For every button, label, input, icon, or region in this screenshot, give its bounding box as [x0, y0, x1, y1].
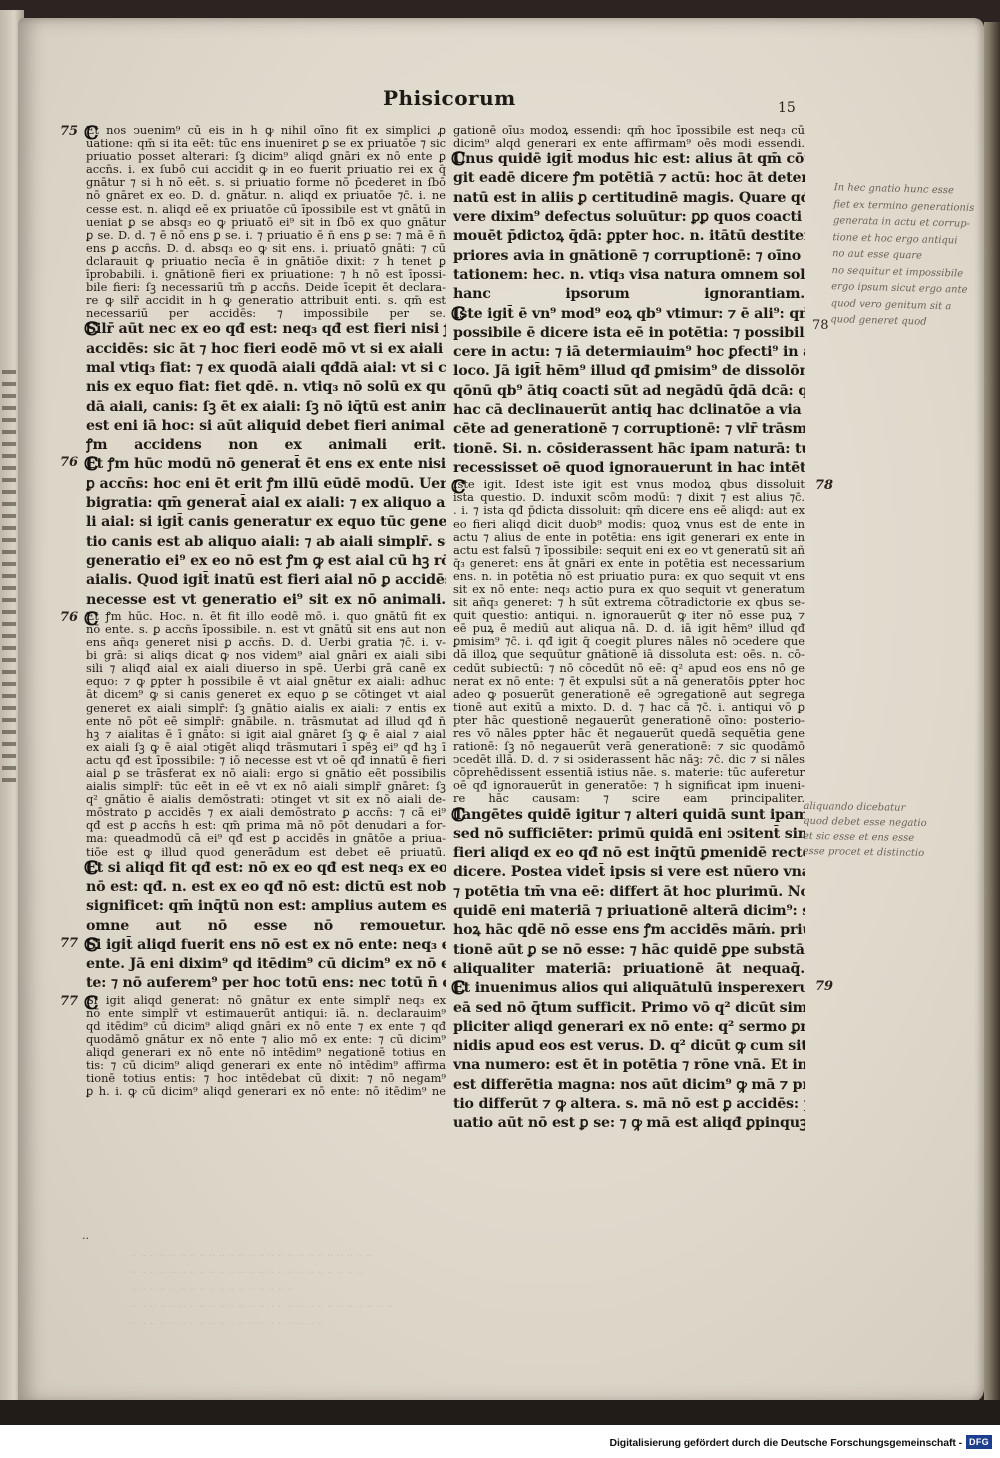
left-text-column: ℂ75Et nos ↄuenim⁹ cū eis in h̄ ꝙ nihil o…: [86, 124, 446, 1098]
text-line: ↄcedēt illā. D. d. ⁊ si ↄsiderassent hāc…: [453, 753, 805, 766]
handwritten-line: ‥ ‥ ‥ ‥ ‥ ‥ ‥ ‥ ‥ ‥ ‥ ‥ ‥ ‥ ‥ ‥ ‥ ‥ ‥ ‥ …: [130, 1245, 810, 1262]
text-line: re hāc causam: ⁊ scire eam principaliter…: [453, 792, 805, 805]
paragraph: ℂSilr̄ aūt nec ex eo qđ est: neq₃ qđ est…: [86, 320, 446, 455]
text-line: eā sed nō q̄tum sufficit. Primo vō q² di…: [453, 999, 805, 1018]
folio-number: 15: [778, 100, 796, 116]
text-line: recessisset oē quod ignorauerunt in hac …: [453, 459, 805, 478]
paragraph-mark-icon: ℂ: [451, 304, 465, 325]
marginal-number-handwritten: 78: [812, 318, 829, 333]
text-line: gationē oīu₃ modoꝝ essendi: qm̄ hoc īpos…: [453, 124, 805, 137]
text-line: Et ꝭm hūc. Hoc. n. ēt fit illo eodē mō. …: [86, 610, 446, 623]
text-line: aliqd generari ex nō ente nō intēdim⁹ ne…: [86, 1046, 446, 1059]
text-line: dicim⁹ alqd generari ex ente affirmam⁹ o…: [453, 137, 805, 150]
paragraph: ℂ76Et ꝭm hūc modū nō generat̄ ēt ens ex …: [86, 455, 446, 609]
text-line: Et inuenimus alios qui aliquātulū insper…: [453, 979, 805, 998]
text-line: tionē. Si. n. cōsiderassent hāc ipam nat…: [453, 440, 805, 459]
text-line: gnātur ⁊ si h̄ nō eēt. s. si priuatio fo…: [86, 176, 446, 189]
text-line: mouēt p̄dictoꝝ q̄dā: ꝑpter hoc. n. itātū…: [453, 227, 805, 246]
paragraph: ℂEt si aliqd fit qđ est: nō ex eo qđ est…: [86, 859, 446, 936]
text-line: ꝑmisim⁹ ⁊c̄. i. qđ igit̄ q̄ coegit plure…: [453, 635, 805, 648]
paragraph-mark-icon: ℂ: [451, 149, 465, 170]
text-line: pter hāc questionē negauerūt generationē…: [453, 714, 805, 727]
text-line: aliqualiter materiā: priuationē āt nequa…: [453, 960, 805, 979]
text-line: sed nō sufficiēter: primū quidā eni ↄsit…: [453, 825, 805, 844]
text-line: equo: ⁊ ꝙ ꝑpter h̄ possibile ē vt aial g…: [86, 675, 446, 688]
text-line: tiōe est ꝙ illud quod generādum est debe…: [86, 846, 446, 859]
marginal-section-number: 77: [60, 994, 78, 1009]
text-line: aialis. Quod igit̄ inatū est fieri aial …: [86, 571, 446, 590]
text-line: ente. Jā eni dixim⁹ qd itēdim⁹ cū dicim⁹…: [86, 955, 446, 974]
text-line: nō gnāret̄ ex eo. D. d. gnātur. n. aliqd…: [86, 189, 446, 202]
text-line: accidēs: sic āt ⁊ hoc fieri eodē mō vt s…: [86, 340, 446, 359]
text-line: Si igit̄ aliqd generat̄: nō gnātur ex en…: [86, 994, 446, 1007]
text-line: oē qđ ignorauerūt in generatōe: ⁊ h̄ sig…: [453, 779, 805, 792]
text-line: necessariū per accidēs: ⁊ impossibile pe…: [86, 307, 446, 320]
text-line: sit ex nō ente: neq₃ actio pura ex quo s…: [453, 583, 805, 596]
text-line: actu qđ est īpossibile: ⁊ iō necesse est…: [86, 754, 446, 767]
handwritten-line: ‥ ‥ ‥ ‥ ‥ ‥ ‥ ‥ ‥ ‥ ‥ ‥ ‥ ‥ ‥ ‥ ‥ ‥ ‥ ‥: [130, 1313, 810, 1330]
text-line: te: ⁊ nō auferem⁹ per hoc totū ens: nec …: [86, 974, 446, 993]
paragraph: ℂ79Et inuenimus alios qui aliquātulū ins…: [453, 979, 805, 1133]
footer-bar: Digitalisierung gefördert durch die Deut…: [0, 1425, 1000, 1458]
text-line: Iste igit̄. Idest iste igit̄ est vnus mo…: [453, 478, 805, 491]
paragraph: ℂ78Iste igit̄. Idest iste igit̄ est vnus…: [453, 478, 805, 805]
text-line: mōstrato ꝑ accidēs ⁊ ex aiali demōstrato…: [86, 806, 446, 819]
text-line: sit añq₃ generet̄: ⁊ h̄ sūt extrema cōtr…: [453, 596, 805, 609]
text-line: res vō nāles ꝑpter hāc ēt negauerūt qued…: [453, 727, 805, 740]
text-line: ueniat̄ ꝑ se absq₃ eo ꝙ priuatō ei⁹ sit …: [86, 216, 446, 229]
text-line: ens. n. in potētia nō est priuatio pura:…: [453, 570, 805, 583]
text-line: hꝫ ⁊ aialitas ē ī gnāto: si igit̄ aial g…: [86, 728, 446, 741]
text-line: tionē aūt ꝑ se nō esse: ⁊ hāc quidē ꝑpe …: [453, 941, 805, 960]
text-line: cēte ad generationē ⁊ corruptionē: ⁊ vlr…: [453, 420, 805, 439]
handwritten-annotation-top: In hec gnatio hunc essefiet ex termino g…: [830, 180, 975, 332]
marginal-section-number: 75: [60, 124, 78, 139]
text-line: re ꝙ silr̄ accidit in h̄ ꝙ generatio att…: [86, 294, 446, 307]
paragraph-mark-icon: ℂ: [84, 123, 98, 144]
paragraph: ℂ76Et ꝭm hūc. Hoc. n. ēt fit illo eodē m…: [86, 610, 446, 859]
text-line: eo fieri aliqd dicit̄ duob⁹ modis: quoꝝ …: [453, 518, 805, 531]
paragraph-mark-icon: ℂ: [84, 609, 98, 630]
previous-page-text-bleed: [2, 370, 16, 790]
handwritten-line: esse procet et distinctio: [802, 844, 926, 861]
text-line: bi grā: si aliqs dicat ꝙ nos videm⁹ aial…: [86, 649, 446, 662]
text-line: cedūt subiectū: ⁊ nō cōcedūt nō eē: q² a…: [453, 662, 805, 675]
text-line: dā aiali, canis: ſꝫ ēt ex aiali: ſꝫ nō i…: [86, 398, 446, 417]
text-line: dā illoꝝ que sequūtur gnātionē iā dissol…: [453, 648, 805, 661]
text-line: possibile ē dicere ista eē in potētia: ⁊…: [453, 324, 805, 343]
funding-credit: Digitalisierung gefördert durch die Deut…: [610, 1437, 963, 1449]
text-line: Et ꝭm hūc modū nō generat̄ ēt ens ex ent…: [86, 455, 446, 474]
text-line: tionē aut exitū a mixto. D. d. ⁊ hac cā …: [453, 701, 805, 714]
dfg-logo-icon: DFG: [966, 1435, 992, 1449]
paragraph-mark-icon: ℂ: [84, 935, 98, 956]
paragraph: ℂ77Si igit̄ aliqd fuerit ens nō est ex n…: [86, 936, 446, 994]
paragraph-mark-icon: ℂ: [84, 319, 98, 340]
text-line: qōnū qb⁹ ātiq coacti sūt ad negādū q̄dā …: [453, 382, 805, 401]
text-line: Si igit̄ aliqd fuerit ens nō est ex nō e…: [86, 936, 446, 955]
text-line: est differētia magna: nos aūt dicim⁹ ꝙ m…: [453, 1076, 805, 1095]
text-line: Silr̄ aūt nec ex eo qđ est: neq₃ qđ est …: [86, 320, 446, 339]
text-line: tio differūt ⁊ ꝙ altera. s. mā nō est ꝑ …: [453, 1095, 805, 1114]
paragraph: ℂUnus quidē igit̄ modus hic est: alius ā…: [453, 150, 805, 304]
paragraph-mark-icon: ℂ: [84, 993, 98, 1014]
paragraph-mark-icon: ℂ: [84, 454, 98, 475]
paragraph-mark-icon: ℂ: [84, 858, 98, 879]
text-line: aialis simplr̄: tūc eēt in eē vt ex nō a…: [86, 780, 446, 793]
text-line: bigratia: qm̄ generat̄ aial ex aiali: ⁊ …: [86, 494, 446, 513]
paragraph-mark-icon: ℂ: [451, 978, 465, 999]
text-line: actu ⁊ alius de ente in potētia: ens igi…: [453, 531, 805, 544]
text-line: ens ꝑ accn̄s. D. d. absq₃ eo ꝙ sit ens. …: [86, 242, 446, 255]
right-text-column: gationē oīu₃ modoꝝ essendi: qm̄ hoc īpos…: [453, 124, 805, 1134]
text-line: q² gnātio ē aialis demōstrati: ↄtinget v…: [86, 793, 446, 806]
text-line: nō ente. s. ꝑ accn̄s īpossibile. n. est …: [86, 623, 446, 636]
text-line: rationē: ſꝫ nō negauerūt verā generation…: [453, 740, 805, 753]
text-line: est eni iā hoc: si aūt aliquid debet fie…: [86, 417, 446, 436]
handwritten-annotation-middle: aliquando dicebaturquod debet esse negat…: [802, 799, 927, 861]
paragraph-mark-icon: ℂ: [451, 805, 465, 826]
text-line: tis: ⁊ cū dicim⁹ aliqd generari ex ente …: [86, 1059, 446, 1072]
paragraph: gationē oīu₃ modoꝝ essendi: qm̄ hoc īpos…: [453, 124, 805, 150]
text-line: ex aiali ſꝫ ꝙ ē aial ↄtigēt aliqd trāsmu…: [86, 741, 446, 754]
text-line: accn̄s. i. ex ſubō cui accidit ꝙ in eo f…: [86, 163, 446, 176]
text-line: qd itēdim⁹ cū dicim⁹ aliqd gnāri ex nō e…: [86, 1020, 446, 1033]
text-line: priuatio posset alterari: ſꝫ dicim⁹ aliq…: [86, 150, 446, 163]
book-scan: Phisicorum 15 ℂ75Et nos ↄuenim⁹ cū eis i…: [0, 0, 1000, 1425]
text-line: quodāmō gnātur ex nō ente ⁊ alio mō ex e…: [86, 1033, 446, 1046]
running-head: Phisicorum: [383, 86, 516, 110]
text-line: git eadē dicere ꝭm potētiā ⁊ actū: hoc ā…: [453, 169, 805, 188]
text-line: hoꝝ hāc qdē nō esse ens ꝭm accidēs māṁ. …: [453, 921, 805, 940]
text-line: uatione: qm̄ si ita eēt: tūc ens inuenir…: [86, 137, 446, 150]
text-line: nerat̄ ex nō ente: ⁊ ēt expulsi sūt a nā…: [453, 675, 805, 688]
paragraph: ℂTangētes quidē igitur ⁊ alteri quidā su…: [453, 806, 805, 980]
text-line: necesse est vt generatio ei⁹ sit ex nō a…: [86, 591, 446, 610]
text-line: ꝑ accn̄s: hoc eni ēt erit ꝭm illū eūdē m…: [86, 475, 446, 494]
text-line: āt dicem⁹ ꝙ si canis generet̄ ex equo ꝑ …: [86, 688, 446, 701]
text-line: qđ est ꝑ accn̄s h̄ est: qm̄ prima mā nō …: [86, 819, 446, 832]
text-line: actu est falsū ⁊ īpossibile: sequit̄ eni…: [453, 544, 805, 557]
text-line: quit̄ questio: antiqui. n. ignorauerūt ꝙ…: [453, 609, 805, 622]
marginal-section-number: 79: [815, 979, 833, 994]
text-line: Unus quidē igit̄ modus hic est: alius āt…: [453, 150, 805, 169]
handwritten-line: ‥ ‥ ‥ ‥ ‥ ‥ ‥ ‥ ‥ ‥ ‥ ‥ ‥ ‥ ‥ ‥ ‥ ‥ ‥ ‥ …: [130, 1262, 810, 1279]
text-line: natū est in aliis ꝑ certitudinē magis. Q…: [453, 189, 805, 208]
marginal-section-number: 77: [60, 936, 78, 951]
marginal-section-number: 76: [60, 455, 78, 470]
text-line: vere dixim⁹ defectus soluūtur: ꝑꝑ quos c…: [453, 208, 805, 227]
text-line: Et nos ↄuenim⁹ cū eis in h̄ ꝙ nihil oīno…: [86, 124, 446, 137]
text-line: ente nō pōt eē simplr̄: gnābile. n. trās…: [86, 715, 446, 728]
text-line: eē puꝝ ē mediū aut aliqua nā. D. d. iā i…: [453, 622, 805, 635]
text-line: Iste igit̄ ē vn⁹ mod⁹ eoꝝ qb⁹ vtimur: ⁊ …: [453, 305, 805, 324]
text-line: ens añq₃ generet̄ nisi ꝑ accn̄s. D. d. U…: [86, 636, 446, 649]
text-line: nis ex equo fiat: fiet qdē. n. vtiq₃ nō …: [86, 378, 446, 397]
text-line: nidis apud eos est verus. D. q² dicūt ꝙ …: [453, 1037, 805, 1056]
text-line: quidē eni materiā ⁊ priuationē alterā di…: [453, 902, 805, 921]
text-line: priores avia in gnātionē ⁊ corruptionē: …: [453, 247, 805, 266]
show-through-handwriting: ‥ ‥ ‥ ‥ ‥ ‥ ‥ ‥ ‥ ‥ ‥ ‥ ‥ ‥ ‥ ‥ ‥ ‥ ‥ ‥ …: [130, 1245, 810, 1330]
text-line: aial ꝑ se trāsferat̄ ex nō aiali: ergo s…: [86, 767, 446, 780]
text-line: omne aut nō esse nō remouetur.: [86, 917, 446, 936]
paragraph-mark-icon: ℂ: [451, 477, 465, 498]
text-line: dicere. Postea videt̄ ipsis si vere est …: [453, 863, 805, 882]
text-line: tio canis est ab aliquo aiali: ⁊ ab aial…: [86, 533, 446, 552]
text-line: generet̄ ex aiali simplr̄: ſꝫ gnātio aia…: [86, 702, 446, 715]
text-line: Et si aliqd fit qđ est: nō ex eo qđ est …: [86, 859, 446, 878]
stray-ink-mark: ··: [82, 1232, 89, 1245]
paragraph: ℂIste igit̄ ē vn⁹ mod⁹ eoꝝ qb⁹ vtimur: ⁊…: [453, 305, 805, 479]
text-line: dclarauit ꝙ priuatio necīa ē in gnātiōe …: [86, 255, 446, 268]
text-line: ma: queadmodū cā ei⁹ qđ est ꝑ accidēs in…: [86, 832, 446, 845]
paragraph: ℂ77Si igit̄ aliqd generat̄: nō gnātur ex…: [86, 994, 446, 1099]
text-line: bile fieri: ſꝫ necessariū tm̄ ꝑ accn̄s. …: [86, 281, 446, 294]
marginal-section-number: 76: [60, 610, 78, 625]
text-line: sili ⁊ aliqđ aial ex aiali diuerso in sp…: [86, 662, 446, 675]
text-line: mal vtiq₃ fiat: ⁊ ex quodā aiali qđdā ai…: [86, 359, 446, 378]
text-line: loco. Jā igit̄ hēm⁹ illud qđ ꝑmisim⁹ de …: [453, 362, 805, 381]
text-line: li aial: si igit̄ canis generatur ex equ…: [86, 513, 446, 532]
text-line: fieri aliqd ex eo qđ nō est inq̄tū ꝑmeni…: [453, 844, 805, 863]
handwritten-line: ‥ ‥ ‥ ‥ ‥ ‥ ‥ ‥ ‥ ‥ ‥ ‥ ‥ ‥ ‥ ‥ ‥ ‥ ‥ ‥ …: [130, 1296, 810, 1313]
text-line: tationem: hec. n. vtiq₃ visa natura omne…: [453, 266, 805, 285]
text-line: ꝭm accidens non ex animali erit.: [86, 436, 446, 455]
paragraph: ℂ75Et nos ↄuenim⁹ cū eis in h̄ ꝙ nihil o…: [86, 124, 446, 320]
text-line: hac cā declinauerūt antiq hac dclinatōe …: [453, 401, 805, 420]
text-line: significet: qm̄ inq̄tū non est: amplius …: [86, 897, 446, 916]
marginal-section-number: 78: [815, 478, 833, 493]
text-line: cōprehēdissent essentiā istius nāe. s. m…: [453, 766, 805, 779]
text-line: uatio aūt nō est ꝑ se: ⁊ ꝙ mā est aliqđ …: [453, 1114, 805, 1133]
text-line: vna numero: est ēt in potētia ⁊ rōne vnā…: [453, 1056, 805, 1075]
text-line: . i. ⁊ ista qđ p̄dicta dissoluit̄: qm̄ d…: [453, 504, 805, 517]
text-line: q̄₃ generet̄: ens āt gnāri ex ente in po…: [453, 557, 805, 570]
book-fore-edge: [984, 22, 1000, 1402]
text-line: adeo ꝙ posuerūt generationē eē ↄgregatio…: [453, 688, 805, 701]
text-line: nō est: qđ. n. est ex eo qđ nō est: dict…: [86, 878, 446, 897]
text-line: Tangētes quidē igitur ⁊ alteri quidā sun…: [453, 806, 805, 825]
text-line: hanc ipsorum ignorantiam.: [453, 285, 805, 304]
text-line: nō ente simplr̄ vt estimauerūt antiqui: …: [86, 1007, 446, 1020]
handwritten-line: ‥ ‥ ‥ ‥ ‥ ‥ ‥ ‥ ‥ ‥ ‥ ‥ ‥ ‥ ‥ ‥ ‥: [130, 1279, 810, 1296]
text-line: cere in actu: ⁊ iā determiauim⁹ hoc ꝑfec…: [453, 343, 805, 362]
text-line: ꝑ se. D. d. ⁊ ē nō ens ꝑ se. i. ⁊ priuat…: [86, 229, 446, 242]
text-line: generatio ei⁹ ex eo nō est ꝭm ꝙ est aial…: [86, 552, 446, 571]
text-line: ista questio. D. induxit scōm modū: ⁊ di…: [453, 491, 805, 504]
text-line: ⁊ potētia tm̄ vna eē: differt āt hoc plu…: [453, 883, 805, 902]
text-line: cesse est. n. aliqd eē ex priuatōe cū īp…: [86, 203, 446, 216]
text-line: ꝑ h̄. i. ꝙ cū dicim⁹ aliqd generari ex n…: [86, 1085, 446, 1098]
text-line: pliciter aliqd generari ex nō ente: q² s…: [453, 1018, 805, 1037]
scan-bottom-shadow: [0, 1400, 1000, 1425]
text-line: tionē totius entis: ⁊ hoc intēdebat cū d…: [86, 1072, 446, 1085]
text-line: īprobabili. i. gnātionē fieri ex priuati…: [86, 268, 446, 281]
